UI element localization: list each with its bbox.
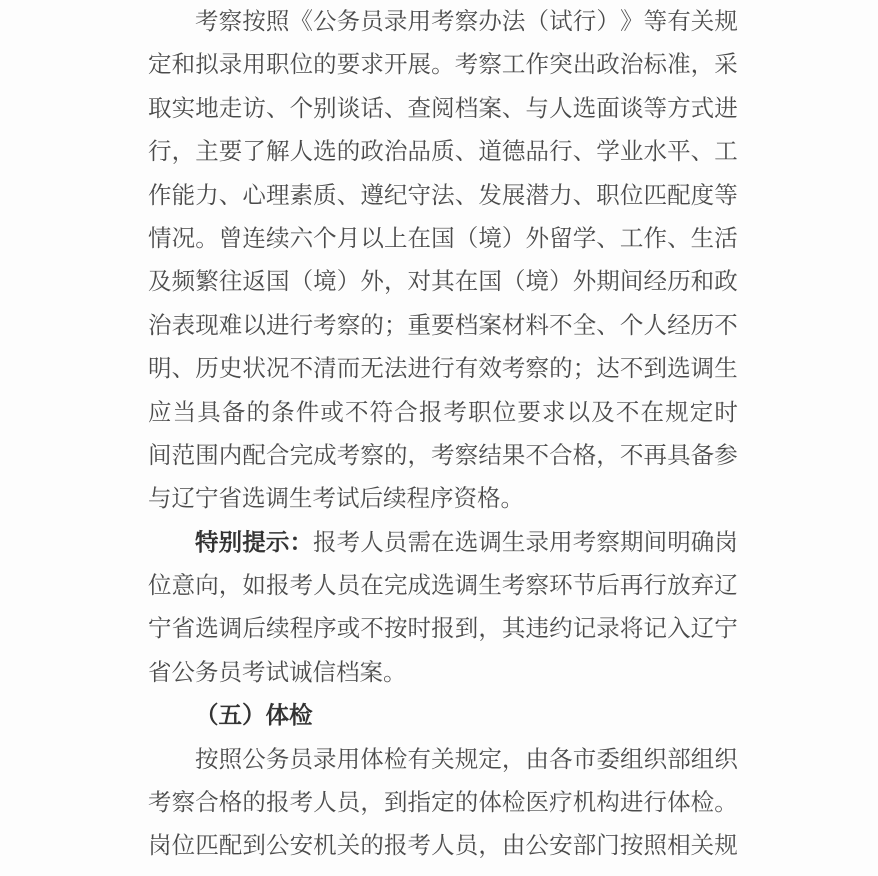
text-line: 治表现难以进行考察的；重要档案材料不全、个人经历不 (148, 305, 738, 348)
text-line: 及频繁往返国（境）外，对其在国（境）外期间经历和政 (148, 261, 738, 304)
text-line: 取实地走访、个别谈话、查阅档案、与人选面谈等方式进 (148, 88, 738, 131)
section-heading: （五）体检 (148, 695, 738, 738)
text-line paragraph-end: 与辽宁省选调生考试后续程序资格。 (148, 478, 738, 521)
text-line: 应当具备的条件或不符合报考职位要求以及不在规定时 (148, 392, 738, 435)
text-line: 按照公务员录用体检有关规定，由各市委组织部组织 (148, 739, 738, 782)
text-line: 情况。曾连续六个月以上在国（境）外留学、工作、生活 (148, 218, 738, 261)
text-line: 明、历史状况不清而无法进行有效考察的；达不到选调生 (148, 348, 738, 391)
text-line: 位意向，如报考人员在完成选调生考察环节后再行放弃辽 (148, 565, 738, 608)
text-line: 岗位匹配到公安机关的报考人员，由公安部门按照相关规 (148, 825, 738, 868)
text-line: 考察按照《公务员录用考察办法（试行）》等有关规 (148, 1, 738, 44)
text-line: 宁省选调后续程序或不按时报到，其违约记录将记入辽宁 (148, 608, 738, 651)
text-line: 考察合格的报考人员，到指定的体检医疗机构进行体检。 (148, 782, 738, 825)
text-line: 行，主要了解人选的政治品质、道德品行、学业水平、工 (148, 131, 738, 174)
text-line: 作能力、心理素质、遵纪守法、发展潜力、职位匹配度等 (148, 175, 738, 218)
text-line paragraph-end: 省公务员考试诚信档案。 (148, 652, 738, 695)
document-page: 考察按照《公务员录用考察办法（试行）》等有关规 定和拟录用职位的要求开展。考察工… (148, 1, 738, 869)
special-note-line: 特别提示：报考人员需在选调生录用考察期间明确岗 (148, 522, 738, 565)
text-line: 间范围内配合完成考察的，考察结果不合格，不再具备参 (148, 435, 738, 478)
text-line: 定和拟录用职位的要求开展。考察工作突出政治标准，采 (148, 44, 738, 87)
